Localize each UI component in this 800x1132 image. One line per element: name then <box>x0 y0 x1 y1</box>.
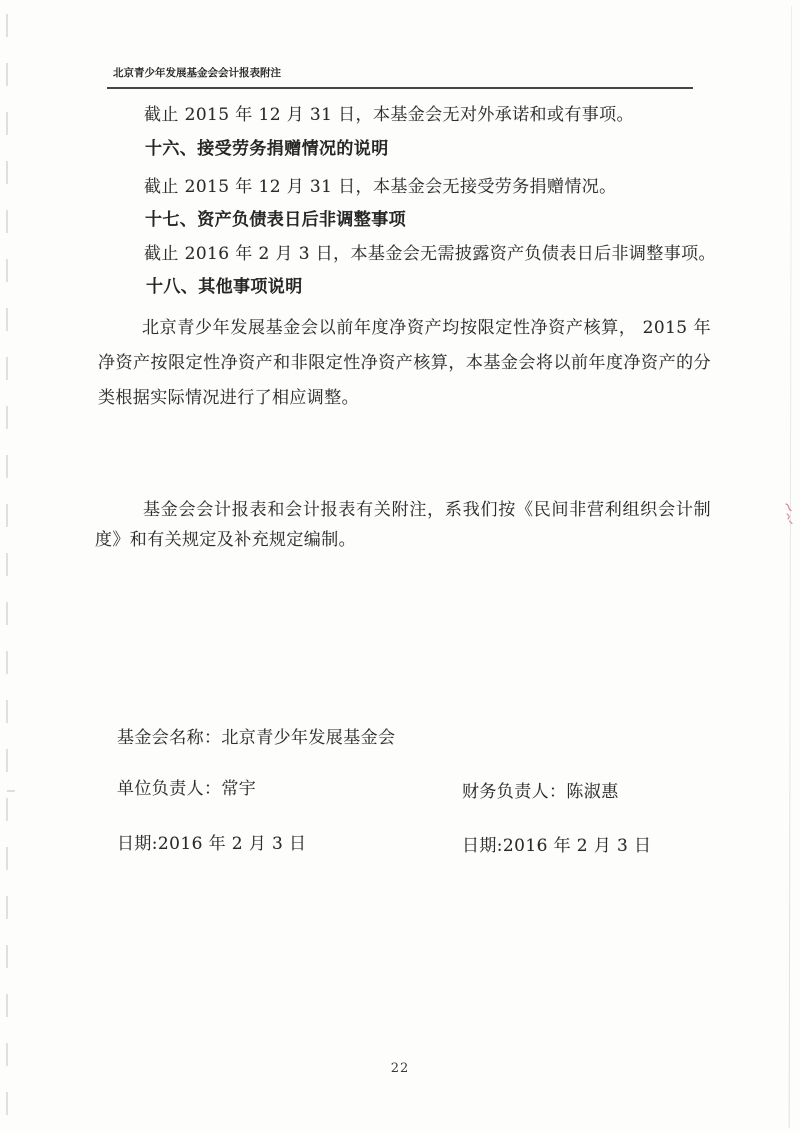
header-rule <box>107 87 693 89</box>
paragraph-preparation-basis: 基金会会计报表和会计报表有关附注，系我们按《民间非营利组织会计制度》和有关规定及… <box>95 495 711 555</box>
page-number: 22 <box>0 1061 800 1076</box>
signature-foundation-name: 基金会名称：北京青少年发展基金会 <box>117 723 395 748</box>
section-heading-16: 十六、接受劳务捐赠情况的说明 <box>145 140 389 159</box>
signature-unit-responsible: 单位负责人：常宇 <box>117 774 256 799</box>
pink-annotation-mark <box>782 502 795 530</box>
section-heading-18: 十八、其他事项说明 <box>146 278 303 297</box>
scan-binding-mark-tail <box>7 790 15 792</box>
signature-date-left: 日期:2016 年 2 月 3 日 <box>117 829 306 854</box>
note-line-donated-services: 截止 2015 年 12 月 31 日，本基金会无接受劳务捐赠情况。 <box>144 178 617 197</box>
scan-binding-marks <box>6 14 8 1124</box>
signature-date-right: 日期:2016 年 2 月 3 日 <box>462 831 651 856</box>
signature-finance-responsible: 财务负责人：陈淑惠 <box>462 777 619 802</box>
note-line-post-balance-sheet: 截止 2016 年 2 月 3 日，本基金会无需披露资产负债表日后非调整事项。 <box>144 245 716 264</box>
note-line-commitments: 截止 2015 年 12 月 31 日，本基金会无对外承诺和或有事项。 <box>144 106 634 125</box>
scan-page-edge-line <box>789 6 792 1128</box>
scanned-document-page: 北京青少年发展基金会会计报表附注 截止 2015 年 12 月 31 日，本基金… <box>0 0 800 1132</box>
section-heading-17: 十七、资产负债表日后非调整事项 <box>145 211 406 230</box>
running-header-title: 北京青少年发展基金会会计报表附注 <box>113 65 281 80</box>
paragraph-net-assets: 北京青少年发展基金会以前年度净资产均按限定性净资产核算， 2015 年净资产按限… <box>98 311 711 416</box>
